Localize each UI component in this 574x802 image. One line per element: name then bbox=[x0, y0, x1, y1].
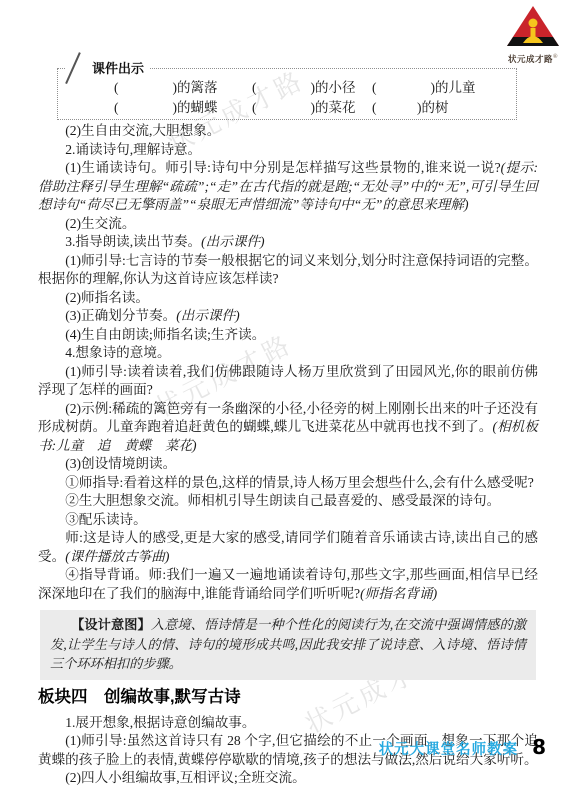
paragraph-step: (4)生自由朗读;师指名读;生齐读。 bbox=[38, 326, 538, 345]
hint-text: (出示课件) bbox=[201, 234, 264, 249]
paragraph-step: 师:这是诗人的感受,更是大家的感受,请同学们随着音乐诵读古诗,读出自己的感受。(… bbox=[38, 529, 538, 566]
paragraph-step: ③配乐读诗。 bbox=[38, 511, 538, 530]
paragraph-text: (1)生诵读诗句。师引导:诗句中分别是怎样描写这些景物的,谁来说一说? bbox=[65, 160, 500, 175]
courseware-box: 课件出示 ( )的篱落 ( )的小径 ( )的儿童 ( )的蝴蝶 ( )的菜花 … bbox=[57, 68, 517, 120]
paragraph-step: 1.展开想象,根据诗意创编故事。 bbox=[38, 714, 538, 733]
page-number: 8 bbox=[532, 735, 546, 759]
blank-fill-row: ( )的蝴蝶 ( )的菜花 ( )的树 bbox=[58, 98, 516, 118]
paragraph-text: (2)示例:稀疏的篱笆旁有一条幽深的小径,小径旁的树上刚刚长出来的叶子还没有形成… bbox=[38, 401, 538, 435]
design-intent-paragraph: 【设计意图】入意境、悟诗情是一种个性化的阅读行为,在交流中强调情感的激发,让学生… bbox=[50, 615, 526, 674]
paragraph-text: (3)正确划分节奏。 bbox=[65, 308, 176, 323]
design-intent-box: 【设计意图】入意境、悟诗情是一种个性化的阅读行为,在交流中强调情感的激发,让学生… bbox=[40, 610, 536, 680]
paragraph-step: (3)正确划分节奏。(出示课件) bbox=[38, 307, 538, 326]
paragraph-step: (1)师引导:读着读着,我们仿佛跟随诗人杨万里欣赏到了田园风光,你的眼前仿佛浮现… bbox=[38, 363, 538, 400]
blank-fill-item: ( )的篱落 bbox=[114, 78, 252, 98]
hint-text: (出示课件) bbox=[176, 308, 239, 323]
blank-fill-row: ( )的篱落 ( )的小径 ( )的儿童 bbox=[58, 78, 516, 98]
courseware-box-label: 课件出示 bbox=[66, 59, 150, 78]
page-footer: 状元大课堂名师教案 8 bbox=[379, 735, 546, 759]
blank-fill-item: ( )的儿童 bbox=[372, 78, 516, 98]
paragraph-text: ④指导背诵。师:我们一遍又一遍地诵读着诗句,那些文字,那些画面,相信早已经深深地… bbox=[38, 567, 538, 601]
blank-fill-item: ( )的小径 bbox=[252, 78, 372, 98]
design-intent-label: 【设计意图】 bbox=[71, 617, 151, 632]
footer-brand: 状元大课堂名师教案 bbox=[379, 738, 519, 759]
paragraph-step: ②生大胆想象交流。师相机引导生朗读自己最喜爱的、感受最深的诗句。 bbox=[38, 492, 538, 511]
paragraph-step: 4.想象诗的意境。 bbox=[38, 344, 538, 363]
brand-logo-icon bbox=[505, 5, 561, 47]
courseware-box-label-text: 课件出示 bbox=[92, 61, 144, 76]
brand-logo: 状元成才路® bbox=[504, 5, 562, 65]
paragraph-step: (3)创设情境朗读。 bbox=[38, 455, 538, 474]
document-page: 状元成才路 状元成才路 状元成才路 状元成才路® 课件出示 ( )的篱落 ( )… bbox=[0, 0, 574, 802]
paragraph-text: 3.指导朗读,读出节奏。 bbox=[65, 234, 201, 249]
hint-text: (师指名背诵) bbox=[360, 586, 437, 601]
brand-logo-label: 状元成才路® bbox=[504, 53, 562, 65]
paragraph-step: (1)师引导:七言诗的节奏一般根据它的词义来划分,划分时注意保持词语的完整。根据… bbox=[38, 252, 538, 289]
blank-fill-item: ( )的菜花 bbox=[252, 98, 372, 118]
paragraph-step: 3.指导朗读,读出节奏。(出示课件) bbox=[38, 233, 538, 252]
paragraph-step: (2)示例:稀疏的篱笆旁有一条幽深的小径,小径旁的树上刚刚长出来的叶子还没有形成… bbox=[38, 400, 538, 456]
blank-fill-item: ( )的树 bbox=[372, 98, 516, 118]
paragraph-step: (2)师指名读。 bbox=[38, 289, 538, 308]
paragraph-step: (1)生诵读诗句。师引导:诗句中分别是怎样描写这些景物的,谁来说一说?(提示:借… bbox=[38, 159, 538, 215]
paragraph-step: 2.诵读诗句,理解诗意。 bbox=[38, 141, 538, 160]
lesson-body: (2)生自由交流,大胆想象。 2.诵读诗句,理解诗意。 (1)生诵读诗句。师引导… bbox=[38, 122, 538, 788]
paragraph-step: (2)生自由交流,大胆想象。 bbox=[38, 122, 538, 141]
paragraph-step: ④指导背诵。师:我们一遍又一遍地诵读着诗句,那些文字,那些画面,相信早已经深深地… bbox=[38, 566, 538, 603]
paragraph-step: ①师指导:看着这样的景色,这样的情景,诗人杨万里会想些什么,会有什么感受呢? bbox=[38, 474, 538, 493]
paragraph-step: (2)四人小组编故事,互相评议;全班交流。 bbox=[38, 769, 538, 788]
paragraph-step: (2)生交流。 bbox=[38, 215, 538, 234]
registered-mark: ® bbox=[553, 54, 558, 60]
blank-fill-item: ( )的蝴蝶 bbox=[114, 98, 252, 118]
section-heading: 板块四 创编故事,默写古诗 bbox=[38, 685, 538, 709]
hint-text: (课件播放古筝曲) bbox=[65, 549, 169, 564]
